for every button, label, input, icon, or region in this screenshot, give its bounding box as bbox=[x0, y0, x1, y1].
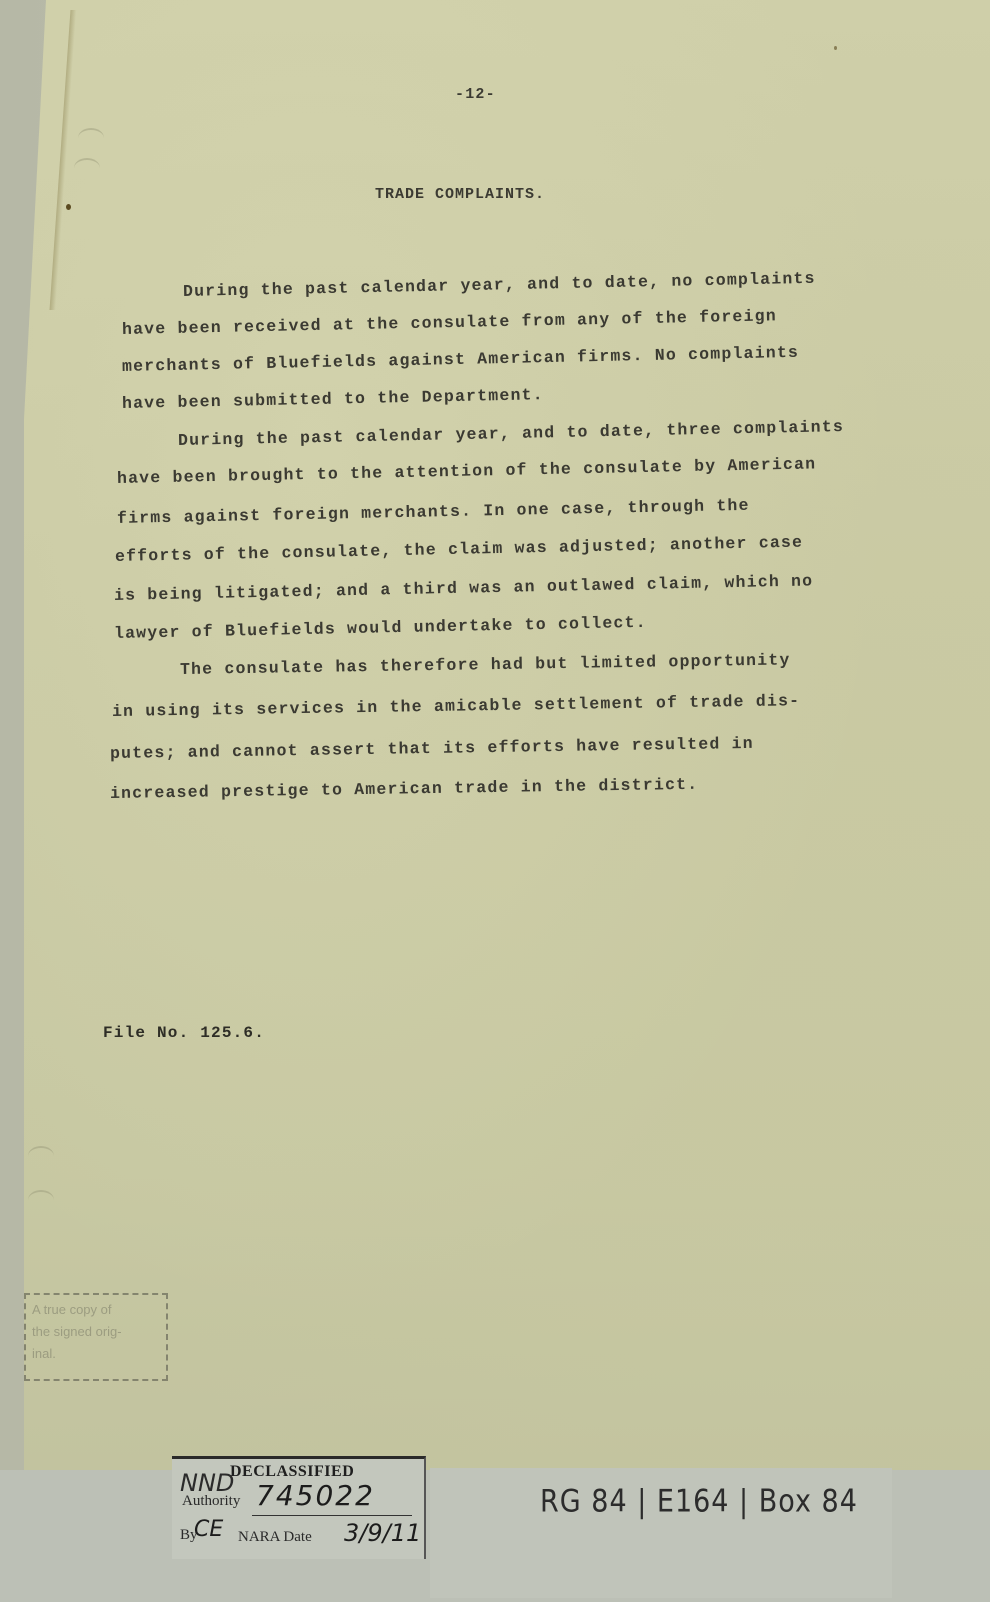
file-number: File No. 125.6. bbox=[103, 1024, 265, 1042]
box-label-card: RG 84 | E164 | Box 84 bbox=[430, 1468, 892, 1598]
authority-number: 745022 bbox=[256, 1479, 375, 1512]
authority-label: Authority bbox=[182, 1493, 240, 1510]
punch-hole-mark bbox=[74, 158, 100, 178]
punch-hole-mark bbox=[28, 1146, 54, 1166]
page-edge-shadow bbox=[50, 10, 77, 310]
by-initials: CE bbox=[194, 1517, 223, 1542]
box-label-text: RG 84 | E164 | Box 84 bbox=[540, 1484, 858, 1520]
stamp-line: A true copy of bbox=[32, 1299, 160, 1321]
declassification-stamp: DECLASSIFIED NND Authority 745022 By CE … bbox=[172, 1456, 426, 1559]
true-copy-stamp: A true copy of the signed orig- inal. bbox=[24, 1293, 168, 1381]
page-number: -12- bbox=[455, 86, 496, 103]
punch-hole-mark bbox=[28, 1190, 54, 1210]
document-title: TRADE COMPLAINTS. bbox=[375, 186, 545, 203]
stamp-rule bbox=[252, 1515, 412, 1516]
punch-hole-mark bbox=[78, 128, 104, 148]
stamp-line: the signed orig- bbox=[32, 1321, 160, 1343]
stain-speck bbox=[834, 46, 837, 50]
stamp-line: inal. bbox=[32, 1343, 160, 1365]
declassification-date: 3/9/11 bbox=[344, 1519, 421, 1547]
document-page bbox=[24, 0, 990, 1470]
stain-speck bbox=[66, 204, 71, 210]
nara-date-label: NARA Date bbox=[238, 1529, 312, 1546]
